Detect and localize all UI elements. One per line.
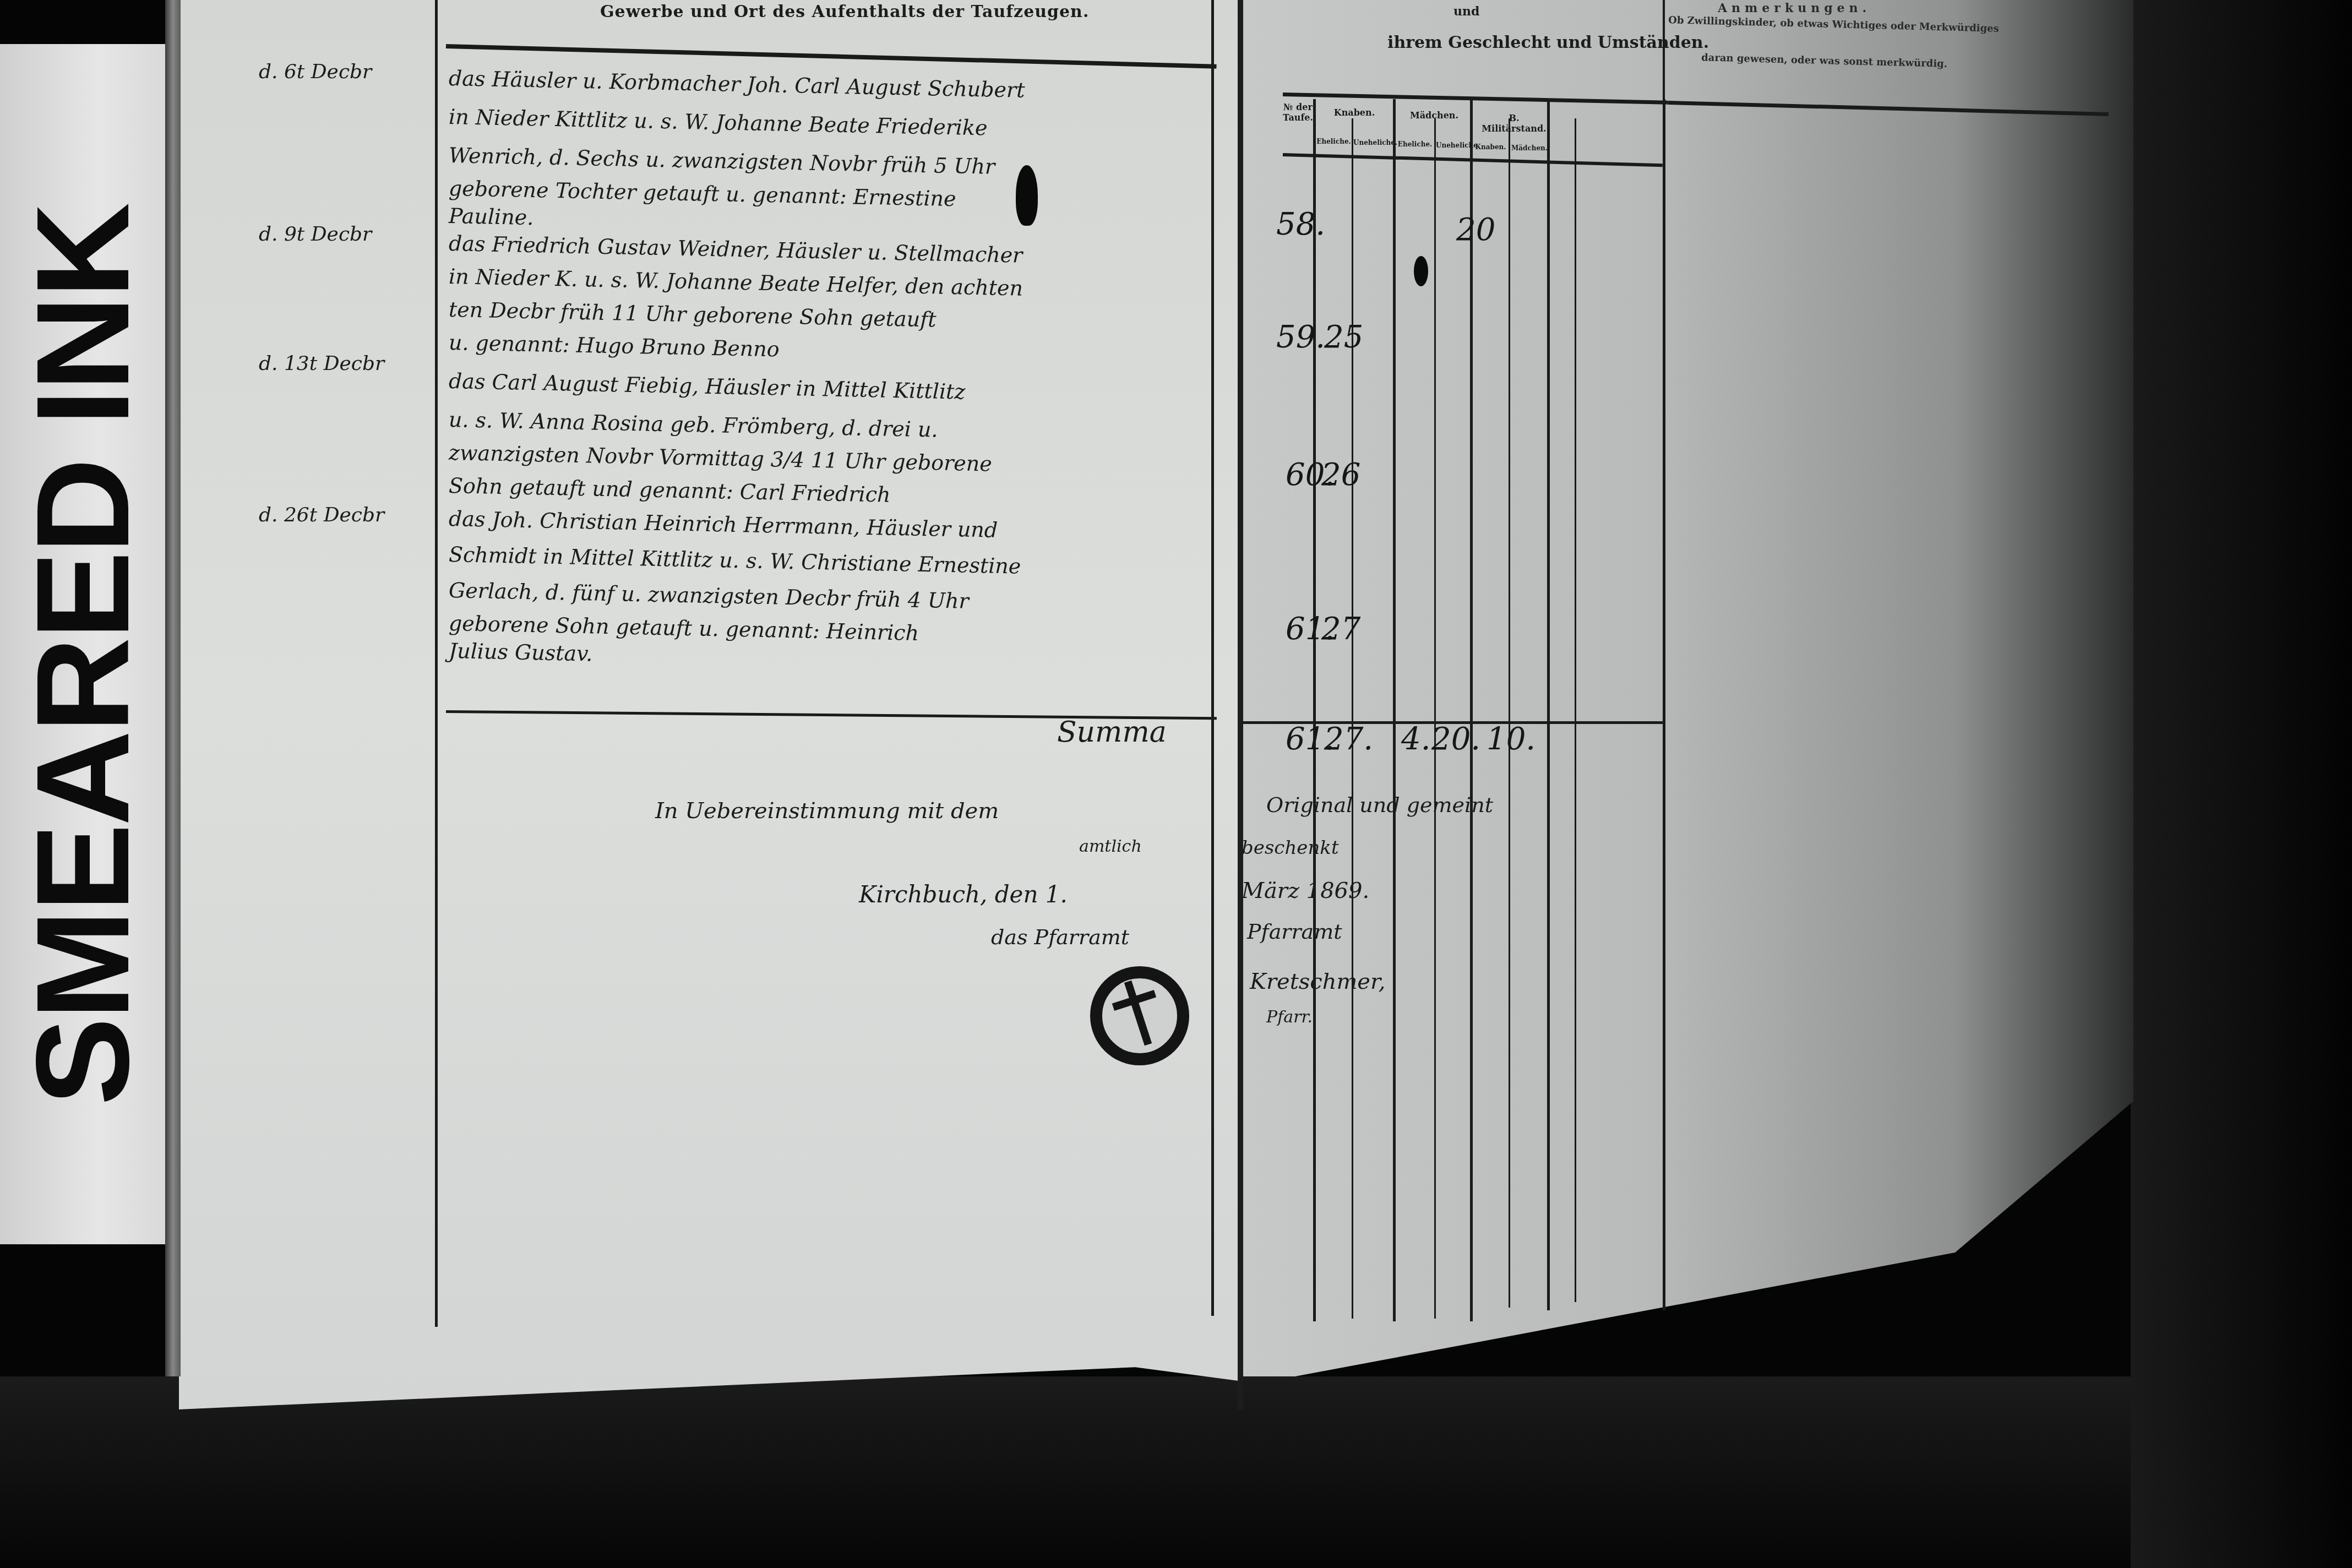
th-illegit: Uneheliche.: [1353, 139, 1393, 146]
book-gutter: [1238, 0, 1243, 1409]
col-rule: [1470, 99, 1473, 1321]
th-legit: Eheliche.: [1396, 140, 1434, 148]
film-shadow-right: [2131, 0, 2352, 1568]
signature-line: beschenkt: [1242, 837, 1339, 859]
summa-boys-legit: 27.: [1324, 721, 1373, 757]
col-rule: [1313, 99, 1316, 1321]
th-military: B. Militärstand.: [1476, 113, 1553, 134]
th-legit: Eheliche.: [1316, 138, 1352, 145]
attestation-line: amtlich: [1079, 837, 1142, 856]
summa-girls-legit: 20.: [1431, 721, 1480, 757]
signature-line: Pfarr.: [1266, 1008, 1313, 1027]
right-header-line: und: [1453, 4, 1479, 19]
signature-line: Original und gemeint: [1266, 793, 1493, 817]
left-page: [179, 0, 1242, 1409]
th-girls: Mädchen.: [1398, 110, 1470, 121]
remarks-title: Anmerkungen.: [1718, 1, 1871, 15]
girls-legit-value: 20: [1456, 212, 1495, 248]
attestation-line: In Uebereinstimmung mit dem: [655, 798, 999, 824]
entry-date: d. 9t Decbr: [259, 223, 372, 246]
film-shadow-bottom: [0, 1376, 2352, 1568]
th-mil-girls: Mädchen.: [1511, 144, 1547, 152]
signature-line: Kretschmer,: [1250, 969, 1385, 994]
ink-blot: [1414, 256, 1428, 286]
overlay-label: SMEARED INK: [0, 121, 165, 1189]
signature-line: Pfarramt: [1247, 919, 1342, 944]
page-edge: [165, 0, 181, 1376]
col-rule: [1547, 99, 1550, 1310]
th-baptism-no: № der Taufe.: [1283, 102, 1313, 123]
left-page-right-rule: [1211, 0, 1214, 1316]
baptism-no: 58.: [1276, 206, 1325, 242]
summa-girls-illegit: 10.: [1487, 721, 1536, 757]
baptism-no: 59.: [1276, 319, 1325, 355]
remarks-rule: [1663, 0, 1665, 110]
col-rule: [1509, 118, 1510, 1308]
boys-legit-value: 26: [1321, 457, 1360, 493]
right-header-line: ihrem Geschlecht und Umständen.: [1387, 33, 1709, 52]
entry-date: d. 26t Decbr: [259, 504, 384, 526]
col-rule: [1434, 118, 1436, 1319]
col-rule: [1393, 99, 1396, 1321]
attestation-line: das Pfarramt: [991, 925, 1129, 949]
summa-label: Summa: [1057, 716, 1167, 749]
boys-legit-value: 27: [1321, 611, 1360, 647]
entry-date: d. 13t Decbr: [259, 352, 384, 375]
right-page: [1242, 0, 2133, 1376]
entry-line: Pauline.: [449, 204, 534, 230]
boys-legit-value: 25: [1324, 319, 1363, 355]
entry-line: Julius Gustav.: [449, 639, 593, 666]
th-illegit: Uneheliche.: [1436, 141, 1470, 149]
entry-date: d. 6t Decbr: [259, 61, 372, 83]
date-column-rule: [435, 0, 438, 1327]
th-mil-boys: Knaben.: [1473, 143, 1509, 151]
signature-line: März 1869.: [1242, 878, 1369, 903]
col-rule: [1575, 118, 1576, 1302]
attestation-line: Kirchbuch, den 1.: [859, 881, 1068, 908]
col-rule: [1352, 118, 1353, 1319]
col-rule: [1663, 99, 1665, 1310]
column-header: Gewerbe und Ort des Aufenthalts der Tauf…: [600, 2, 1089, 21]
summa-boys-illegit: 4.: [1401, 721, 1430, 757]
th-boys: Knaben.: [1319, 107, 1390, 118]
ink-blot: [1016, 165, 1038, 226]
